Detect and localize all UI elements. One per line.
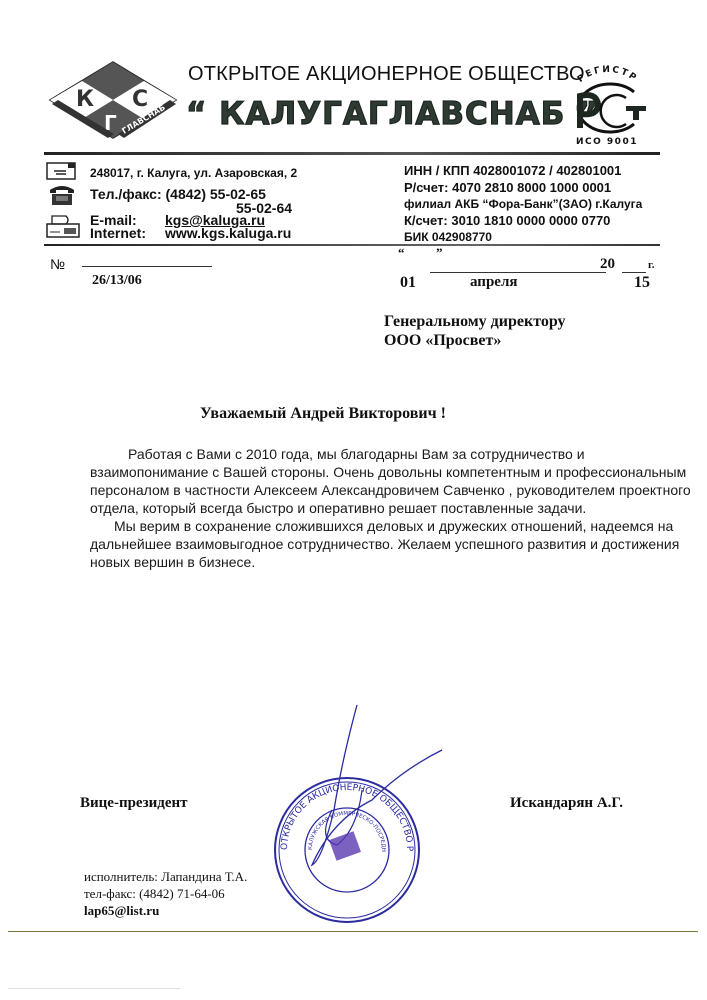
company-logo: К Г С КАЛУГА ГЛАВСНАБ: [48, 60, 178, 140]
date-day: 01: [400, 274, 416, 292]
footer-faint-line: [8, 988, 180, 989]
footer-divider: [8, 931, 698, 932]
letter-body: Работая с Вами с 2010 года, мы благодарн…: [90, 445, 700, 571]
certification-mark: РЕГИСТР ИСО 9001: [560, 62, 655, 147]
bank-branch: филиал АКБ “Фора-Банк”(ЗАО) г.Калуга: [404, 197, 642, 211]
date-month-line: [430, 272, 606, 273]
signatory-title: Вице-президент: [80, 795, 188, 812]
greeting: Уважаемый Андрей Викторович !: [200, 405, 446, 423]
fax-machine-icon: [46, 214, 80, 238]
correspondent-account: К/счет: 3010 1810 0000 0000 0770: [404, 213, 610, 228]
reference-number-label: №: [50, 256, 65, 272]
website-link[interactable]: www.kgs.kaluga.ru: [165, 225, 291, 241]
executor-email[interactable]: lap65@list.ru: [84, 903, 159, 919]
rst-iso-certification-icon: РЕГИСТР ИСО 9001: [560, 62, 655, 147]
bik-code: БИК 042908770: [404, 230, 492, 244]
year-prefix: 20: [600, 256, 615, 273]
svg-text:С: С: [132, 87, 148, 112]
svg-text:КАЛУЖСКАЯ КОММЕРЧЕСКО-ПОСРЕДНИ: КАЛУЖСКАЯ КОММЕРЧЕСКО-ПОСРЕДНИЧЕСКАЯ ФИР…: [262, 700, 386, 852]
telephone-icon: [46, 184, 80, 206]
executor-phone: тел-факс: (4842) 71-64-06: [84, 886, 225, 902]
body-paragraph-1: Работая с Вами с 2010 года, мы благодарн…: [90, 445, 700, 517]
svg-text:ИСО 9001: ИСО 9001: [576, 137, 638, 147]
company-seal: ОТКРЫТОЕ АКЦИОНЕРНОЕ ОБЩЕСТВО РОССИЙСКАЯ…: [262, 700, 462, 930]
organization-type: ОТКРЫТОЕ АКЦИОНЕРНОЕ ОБЩЕСТВО: [188, 63, 585, 86]
recipient-company: ООО «Просвет»: [384, 332, 501, 350]
svg-text:ОТКРЫТОЕ АКЦИОНЕРНОЕ ОБЩЕСТВО: ОТКРЫТОЕ АКЦИОНЕРНОЕ ОБЩЕСТВО РОССИЙСКАЯ…: [262, 700, 414, 852]
settlement-account: Р/счет: 4070 2810 8000 1000 0001: [404, 180, 611, 195]
recipient-position: Генеральному директору: [384, 313, 566, 331]
date-quote-open: “: [398, 245, 405, 261]
signatory-name: Искандарян А.Г.: [510, 795, 623, 812]
round-seal-signature-icon: ОТКРЫТОЕ АКЦИОНЕРНОЕ ОБЩЕСТВО РОССИЙСКАЯ…: [262, 700, 462, 930]
company-address: 248017, г. Калуга, ул. Азаровская, 2: [90, 166, 297, 180]
header-divider-bottom: [44, 244, 660, 246]
reference-number-line: [82, 266, 212, 267]
svg-text:РЕГИСТР: РЕГИСТР: [576, 65, 639, 85]
body-paragraph-2: Мы верим в сохранение сложившихся деловы…: [90, 517, 700, 571]
envelope-icon: [46, 162, 80, 180]
organization-name: “ КАЛУГАГЛАВСНАБ ”: [186, 96, 599, 132]
date-month: апреля: [470, 274, 517, 291]
year-line: [622, 272, 646, 273]
date-quote-close: ”: [436, 245, 443, 261]
reference-number: 26/13/06: [92, 273, 142, 289]
executor-name: исполнитель: Лапандина Т.А.: [84, 869, 247, 885]
header-divider-top: [44, 152, 660, 155]
year-suffix: г.: [648, 259, 655, 271]
company-website: Internet:www.kgs.kaluga.ru: [90, 225, 291, 241]
inn-kpp: ИНН / КПП 4028001072 / 402801001: [404, 163, 621, 178]
svg-text:К: К: [76, 87, 94, 112]
date-year: 15: [634, 274, 650, 292]
kgs-diamond-logo-icon: К Г С КАЛУГА ГЛАВСНАБ: [48, 60, 178, 140]
